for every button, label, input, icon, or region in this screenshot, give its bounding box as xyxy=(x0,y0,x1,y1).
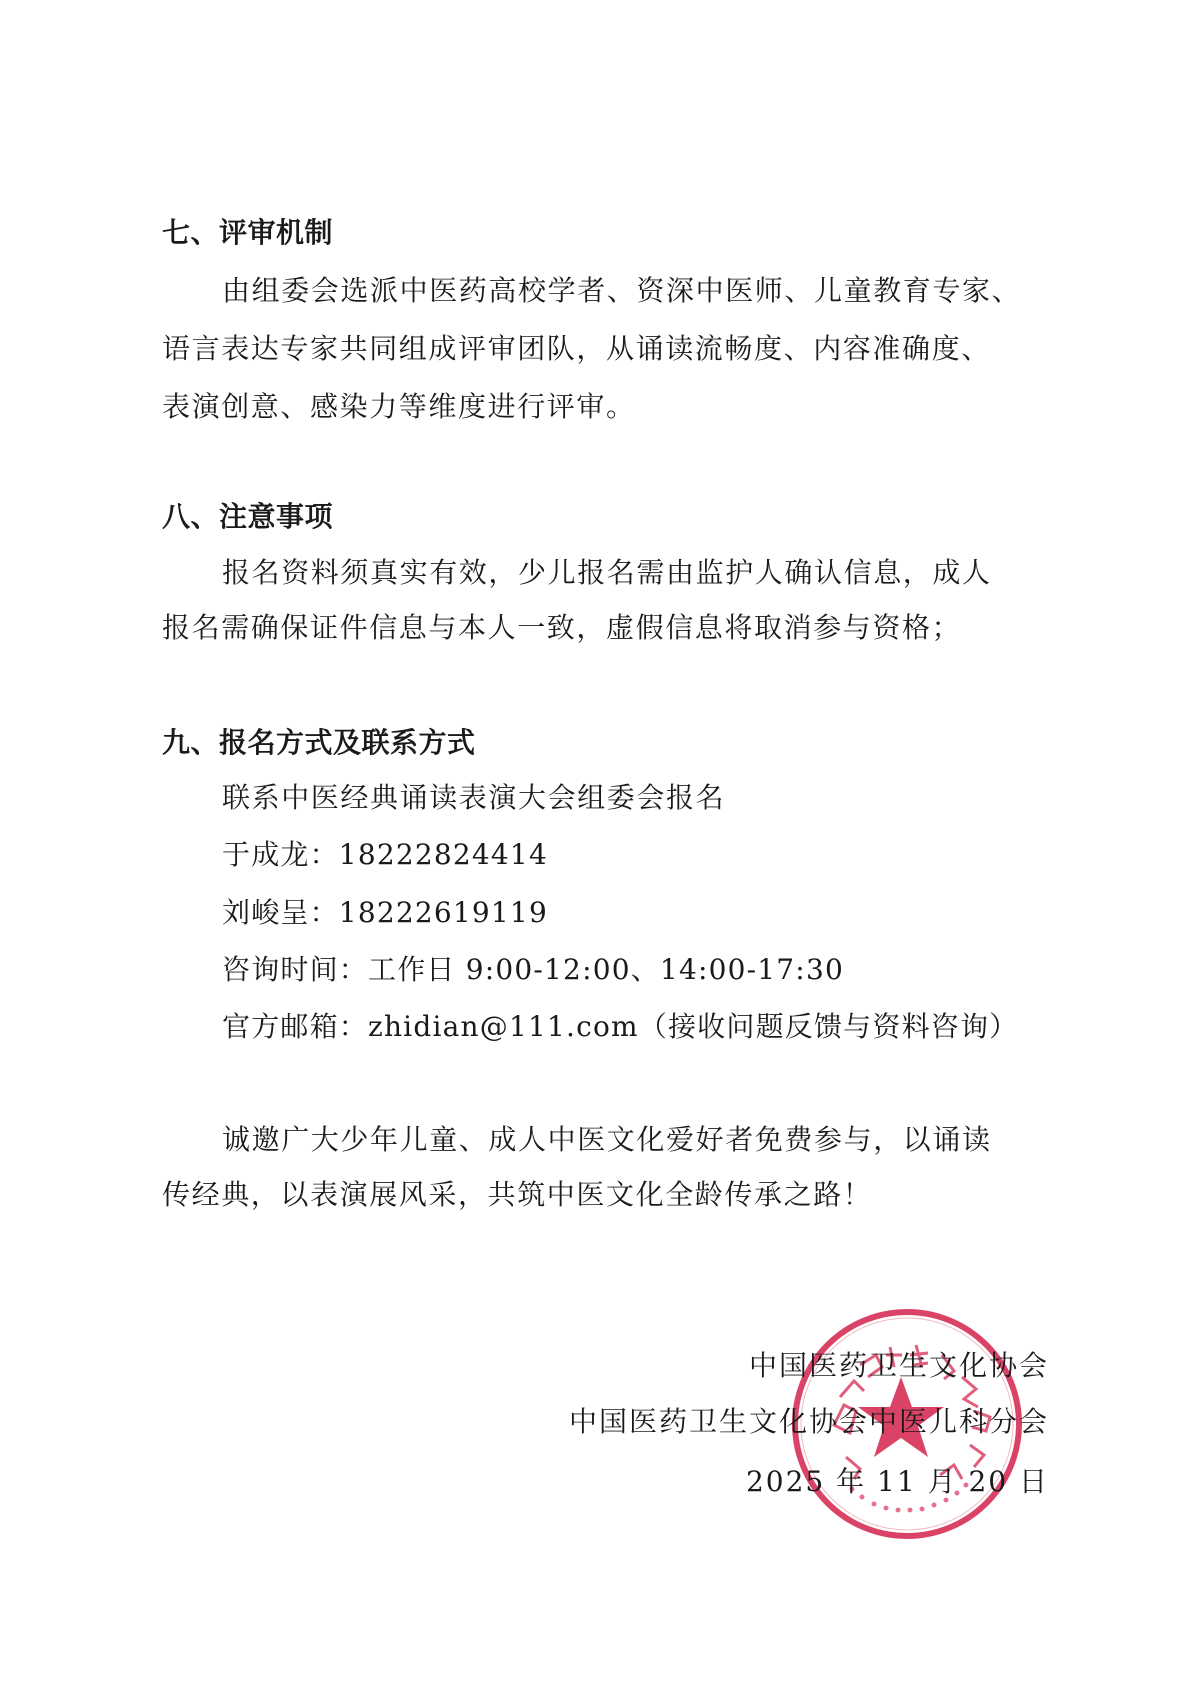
paragraph-line: 报名需确保证件信息与本人一致，虚假信息将取消参与资格； xyxy=(162,611,1052,645)
contact-line-organizer: 联系中医经典诵读表演大会组委会报名 xyxy=(222,781,1112,815)
section-heading-registration: 九、报名方式及联系方式 xyxy=(162,726,1052,760)
signature-org-branch: 中国医药卫生文化协会中医儿科分会 xyxy=(569,1405,1049,1439)
paragraph-line: 语言表达专家共同组成评审团队，从诵读流畅度、内容准确度、 xyxy=(162,332,1052,366)
section-heading-review: 七、评审机制 xyxy=(162,216,1052,250)
contact-line-hours: 咨询时间：工作日 9:00-12:00、14:00-17:30 xyxy=(222,953,1112,987)
section-heading-notes: 八、注意事项 xyxy=(162,500,1052,534)
closing-line: 诚邀广大少年儿童、成人中医文化爱好者免费参与，以诵读 xyxy=(222,1123,1112,1157)
signature-date: 2025 年 11 月 20 日 xyxy=(746,1465,1049,1499)
signature-org-primary: 中国医药卫生文化协会 xyxy=(749,1349,1049,1383)
paragraph-line: 由组委会选派中医药高校学者、资深中医师、儿童教育专家、 xyxy=(222,274,1112,308)
paragraph-line: 表演创意、感染力等维度进行评审。 xyxy=(162,390,1052,424)
contact-line-phone-1: 于成龙：18222824414 xyxy=(222,838,1112,872)
closing-line: 传经典，以表演展风采，共筑中医文化全龄传承之路！ xyxy=(162,1178,1052,1212)
paragraph-line: 报名资料须真实有效，少儿报名需由监护人确认信息，成人 xyxy=(222,556,1112,590)
contact-line-phone-2: 刘峻呈：18222619119 xyxy=(222,896,1112,930)
document-page: 七、评审机制 由组委会选派中医药高校学者、资深中医师、儿童教育专家、 语言表达专… xyxy=(0,0,1199,1696)
contact-line-email: 官方邮箱：zhidian@111.com（接收问题反馈与资料咨询） xyxy=(222,1010,1112,1044)
